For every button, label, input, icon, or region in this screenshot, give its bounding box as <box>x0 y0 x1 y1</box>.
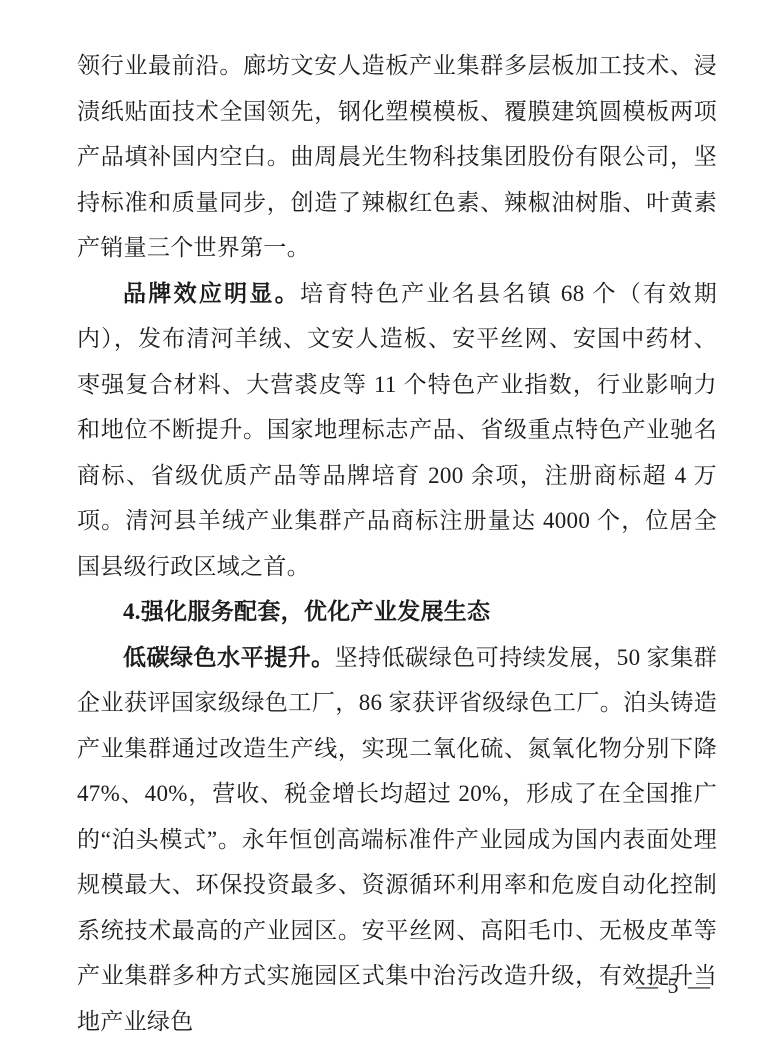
paragraph-continuation: 领行业最前沿。廊坊文安人造板产业集群多层板加工技术、浸渍纸贴面技术全国领先，钢化… <box>77 43 717 271</box>
document-body: 领行业最前沿。廊坊文安人造板产业集群多层板加工技术、浸渍纸贴面技术全国领先，钢化… <box>77 43 717 1044</box>
paragraph-brand-effect: 品牌效应明显。培育特色产业名县名镇 68 个（有效期内），发布清河羊绒、文安人造… <box>77 271 717 590</box>
section-heading-4: 4.强化服务配套，优化产业发展生态 <box>77 589 717 635</box>
paragraph-low-carbon: 低碳绿色水平提升。坚持低碳绿色可持续发展，50 家集群企业获评国家级绿色工厂，8… <box>77 635 717 1045</box>
paragraph-text: 领行业最前沿。廊坊文安人造板产业集群多层板加工技术、浸渍纸贴面技术全国领先，钢化… <box>77 53 717 260</box>
paragraph-text: 培育特色产业名县名镇 68 个（有效期内），发布清河羊绒、文安人造板、安平丝网、… <box>77 281 717 579</box>
paragraph-lead: 品牌效应明显。 <box>123 281 300 306</box>
paragraph-text: 坚持低碳绿色可持续发展，50 家集群企业获评国家级绿色工厂，86 家获评省级绿色… <box>77 645 717 1034</box>
page-number: — 5 — <box>636 971 712 1001</box>
paragraph-lead: 低碳绿色水平提升。 <box>123 645 335 670</box>
document-page: 领行业最前沿。廊坊文安人造板产业集群多层板加工技术、浸渍纸贴面技术全国领先，钢化… <box>0 0 784 1051</box>
section-heading-text: 4.强化服务配套，优化产业发展生态 <box>123 599 490 624</box>
